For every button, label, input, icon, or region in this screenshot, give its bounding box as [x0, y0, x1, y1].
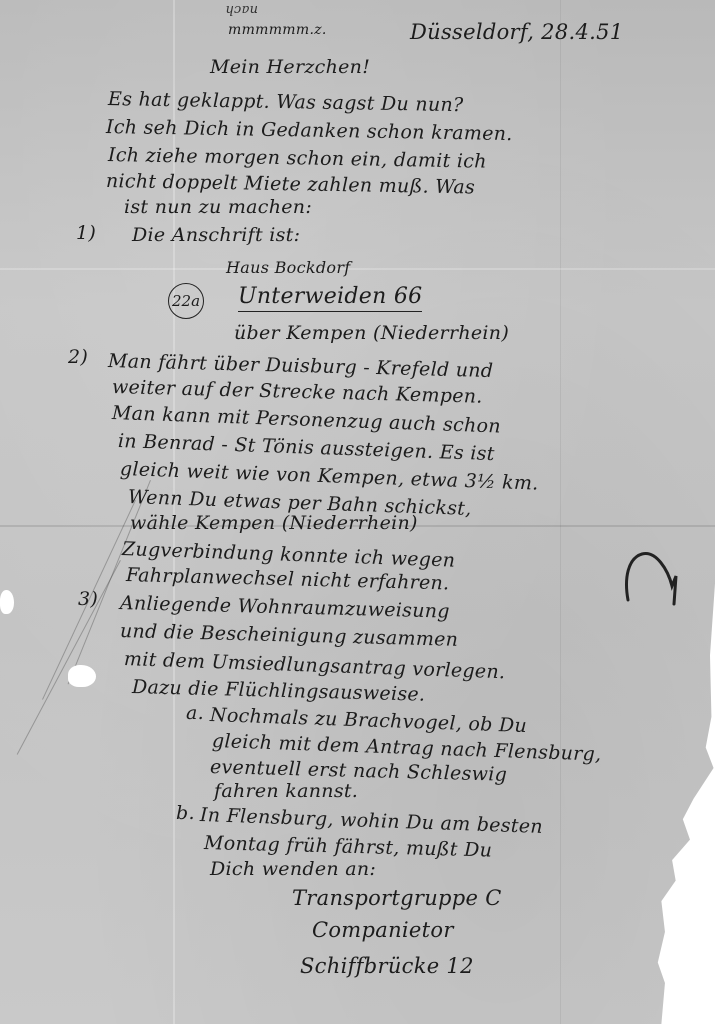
upside-down-note: nach: [225, 2, 258, 17]
address-lead: Die Anschrift ist:: [132, 224, 300, 246]
sub-label: a.: [186, 702, 204, 724]
address-via: über Kempen (Niederrhein): [234, 322, 509, 344]
closing-address-line: Companietor: [312, 918, 454, 942]
letter-paper: nach mmmmmm.z. Düsseldorf, 28.4.51 Mein …: [0, 0, 715, 1024]
item3-line: Dazu die Flüchlingsausweise.: [132, 676, 426, 706]
intro-line: Ich ziehe morgen schon ein, damit ich: [108, 144, 487, 173]
place-date: Düsseldorf, 28.4.51: [410, 20, 623, 44]
intro-line: Ich seh Dich in Gedanken schon kramen.: [106, 116, 513, 145]
item-number: 2): [68, 346, 88, 368]
intro-line: Es hat geklappt. Was sagst Du nun?: [108, 88, 464, 116]
closing-address-line: Schiffbrücke 12: [300, 954, 474, 978]
paper-fold: [0, 268, 715, 270]
sub-b-line: Dich wenden an:: [210, 858, 376, 880]
item2-line: wähle Kempen (Niederrhein): [130, 512, 418, 534]
address-circle: 22a: [168, 283, 204, 319]
address-name: Haus Bockdorf: [226, 258, 351, 277]
address-street: Unterweiden 66: [238, 284, 422, 312]
intro-line: nicht doppelt Miete zahlen muß. Was: [106, 170, 475, 198]
salutation: Mein Herzchen!: [210, 56, 370, 78]
paper-fold: [560, 0, 561, 1024]
scribble: mmmmmm.z.: [228, 22, 327, 38]
sub-a-line: fahren kannst.: [214, 780, 358, 802]
item3-line: und die Bescheinigung zusammen: [120, 620, 459, 651]
closing-address-line: Transportgruppe C: [292, 886, 502, 910]
pencil-stroke: [17, 560, 121, 755]
sub-label: b.: [176, 802, 195, 824]
item-number: 3): [78, 588, 98, 610]
margin-mark-icon: [620, 548, 690, 618]
intro-line: ist nun zu machen:: [124, 196, 312, 218]
paper-hole: [68, 665, 96, 687]
item-number: 1): [76, 222, 96, 244]
paper-hole: [0, 590, 14, 614]
item3-line: Anliegende Wohnraumzuweisung: [120, 592, 450, 623]
